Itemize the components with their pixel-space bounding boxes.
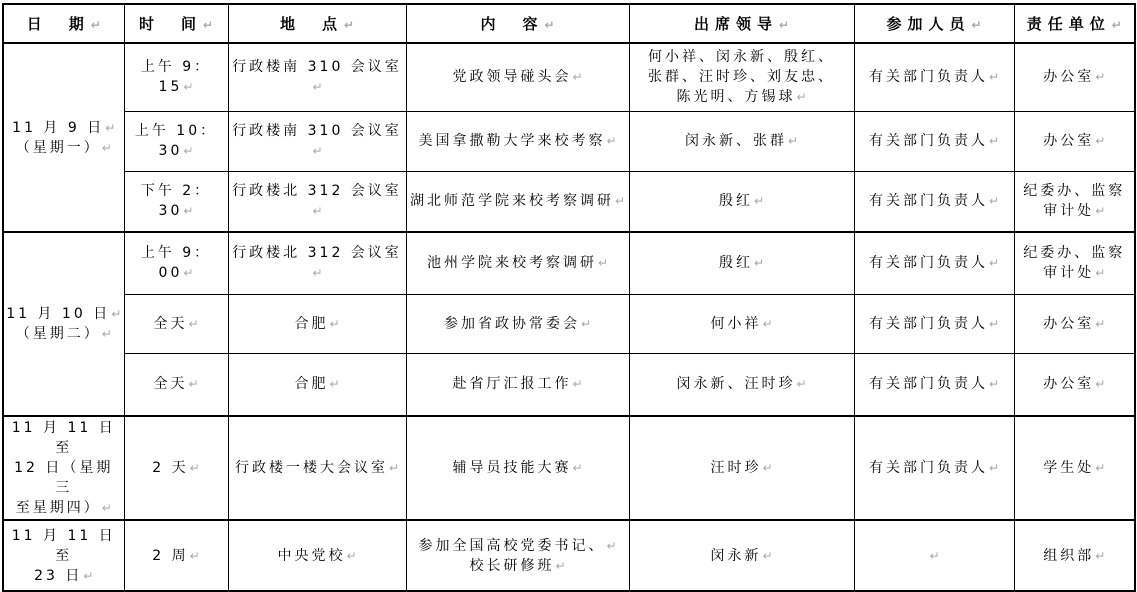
paragraph-mark-icon: ↵ xyxy=(203,18,213,32)
cell-participants: 有关部门负责人↵ xyxy=(854,232,1014,294)
paragraph-mark-icon: ↵ xyxy=(572,461,582,475)
table-row: 11 月 11 日至 12 日（星期三 至星期四）↵ 2 天↵ 行政楼一楼大会议… xyxy=(3,416,1135,520)
cell-unit: 学生处↵ xyxy=(1014,416,1135,520)
paragraph-mark-icon: ↵ xyxy=(989,256,999,270)
paragraph-mark-icon: ↵ xyxy=(83,569,93,583)
paragraph-mark-icon: ↵ xyxy=(1095,549,1105,563)
cell-content: 赴省厅汇报工作↵ xyxy=(406,353,629,416)
paragraph-mark-icon: ↵ xyxy=(389,461,399,475)
cell-leaders: 闵永新、张群↵ xyxy=(629,111,854,171)
col-header-place-label: 地 点 xyxy=(280,15,343,33)
paragraph-mark-icon: ↵ xyxy=(606,539,616,553)
paragraph-mark-icon: ↵ xyxy=(344,18,354,32)
cell-content: 参加省政协常委会↵ xyxy=(406,294,629,353)
cell-time: 全天↵ xyxy=(124,294,228,353)
cell-time: 上午 9：00↵ xyxy=(124,232,228,294)
date-line: 23 日 xyxy=(34,568,82,584)
cell-unit: 办公室↵ xyxy=(1014,43,1135,111)
col-header-leaders-label: 出席领导 xyxy=(694,15,778,33)
paragraph-mark-icon: ↵ xyxy=(754,256,764,270)
paragraph-mark-icon: ↵ xyxy=(598,256,608,270)
cell-participants: 有关部门负责人↵ xyxy=(854,416,1014,520)
paragraph-mark-icon: ↵ xyxy=(190,549,200,563)
cell-time: 下午 2：30↵ xyxy=(124,171,228,232)
paragraph-mark-icon: ↵ xyxy=(754,194,764,208)
paragraph-mark-icon: ↵ xyxy=(102,141,112,155)
paragraph-mark-icon: ↵ xyxy=(581,317,591,331)
paragraph-mark-icon: ↵ xyxy=(1095,134,1105,148)
date-line: 11 月 10 日 xyxy=(6,306,110,322)
paragraph-mark-icon: ↵ xyxy=(796,90,806,104)
cell-unit: 办公室↵ xyxy=(1014,353,1135,416)
paragraph-mark-icon: ↵ xyxy=(779,18,789,32)
paragraph-mark-icon: ↵ xyxy=(1112,18,1122,32)
cell-date-nov11-12: 11 月 11 日至 12 日（星期三 至星期四）↵ xyxy=(3,416,124,520)
paragraph-mark-icon: ↵ xyxy=(762,461,772,475)
cell-leaders: 何小祥、闵永新、殷红、 张群、汪时珍、刘友忠、 陈光明、方锡球↵ xyxy=(629,43,854,111)
col-header-date: 日 期↵ xyxy=(3,4,124,43)
cell-place: 行政楼北 312 会议室↵ xyxy=(228,171,406,232)
table-row: 全天↵ 合肥↵ 参加省政协常委会↵ 何小祥↵ 有关部门负责人↵ 办公室↵ xyxy=(3,294,1135,353)
paragraph-mark-icon: ↵ xyxy=(91,18,101,32)
schedule-table: 日 期↵ 时 间↵ 地 点↵ 内 容↵ 出席领导↵ 参加人员↵ 责任单位↵ 11… xyxy=(2,3,1136,592)
cell-time: 2 周↵ xyxy=(124,520,228,591)
paragraph-mark-icon: ↵ xyxy=(1095,377,1105,391)
cell-date-nov9: 11 月 9 日↵ （星期一）↵ xyxy=(3,43,124,232)
cell-unit: 纪委办、监察 审计处↵ xyxy=(1014,232,1135,294)
cell-time: 上午 10：30↵ xyxy=(124,111,228,171)
paragraph-mark-icon: ↵ xyxy=(929,549,939,563)
cell-time: 2 天↵ xyxy=(124,416,228,520)
paragraph-mark-icon: ↵ xyxy=(329,377,339,391)
cell-leaders: 汪时珍↵ xyxy=(629,416,854,520)
paragraph-mark-icon: ↵ xyxy=(544,18,554,32)
paragraph-mark-icon: ↵ xyxy=(796,377,806,391)
paragraph-mark-icon: ↵ xyxy=(102,501,112,515)
paragraph-mark-icon: ↵ xyxy=(615,194,625,208)
paragraph-mark-icon: ↵ xyxy=(1095,70,1105,84)
cell-unit: 办公室↵ xyxy=(1014,294,1135,353)
cell-participants: 有关部门负责人↵ xyxy=(854,171,1014,232)
paragraph-mark-icon: ↵ xyxy=(989,461,999,475)
paragraph-mark-icon: ↵ xyxy=(312,144,322,158)
paragraph-mark-icon: ↵ xyxy=(183,144,193,158)
paragraph-mark-icon: ↵ xyxy=(312,204,322,218)
cell-place: 行政楼北 312 会议室↵ xyxy=(228,232,406,294)
cell-content: 党政领导碰头会↵ xyxy=(406,43,629,111)
table-row: 11 月 11 日至 23 日↵ 2 周↵ 中央党校↵ 参加全国高校党委书记、↵… xyxy=(3,520,1135,591)
col-header-time-label: 时 间 xyxy=(139,15,202,33)
cell-place: 合肥↵ xyxy=(228,353,406,416)
col-header-leaders: 出席领导↵ xyxy=(629,4,854,43)
cell-unit: 组织部↵ xyxy=(1014,520,1135,591)
cell-content: 参加全国高校党委书记、↵ 校长研修班↵ xyxy=(406,520,629,591)
paragraph-mark-icon: ↵ xyxy=(1095,266,1105,280)
cell-unit: 纪委办、监察 审计处↵ xyxy=(1014,171,1135,232)
table-row: 11 月 9 日↵ （星期一）↵ 上午 9：15↵ 行政楼南 310 会议室↵ … xyxy=(3,43,1135,111)
paragraph-mark-icon: ↵ xyxy=(606,134,616,148)
paragraph-mark-icon: ↵ xyxy=(188,317,198,331)
paragraph-mark-icon: ↵ xyxy=(555,559,565,573)
cell-content: 湖北师范学院来校考察调研↵ xyxy=(406,171,629,232)
cell-date-nov10: 11 月 10 日↵ （星期二）↵ xyxy=(3,232,124,416)
paragraph-mark-icon: ↵ xyxy=(1095,461,1105,475)
date-line: 11 月 9 日 xyxy=(12,120,104,136)
cell-content: 辅导员技能大赛↵ xyxy=(406,416,629,520)
date-line: 11 月 11 日至 xyxy=(12,420,116,456)
paragraph-mark-icon: ↵ xyxy=(1095,204,1105,218)
table-row: 下午 2：30↵ 行政楼北 312 会议室↵ 湖北师范学院来校考察调研↵ 殷红↵… xyxy=(3,171,1135,232)
paragraph-mark-icon: ↵ xyxy=(346,549,356,563)
paragraph-mark-icon: ↵ xyxy=(971,18,981,32)
paragraph-mark-icon: ↵ xyxy=(572,377,582,391)
cell-time: 全天↵ xyxy=(124,353,228,416)
paragraph-mark-icon: ↵ xyxy=(989,317,999,331)
paragraph-mark-icon: ↵ xyxy=(989,377,999,391)
col-header-content: 内 容↵ xyxy=(406,4,629,43)
col-header-content-label: 内 容 xyxy=(480,15,543,33)
cell-participants: 有关部门负责人↵ xyxy=(854,111,1014,171)
cell-content: 美国拿撒勒大学来校考察↵ xyxy=(406,111,629,171)
cell-participants: 有关部门负责人↵ xyxy=(854,294,1014,353)
table-row: 上午 10：30↵ 行政楼南 310 会议室↵ 美国拿撒勒大学来校考察↵ 闵永新… xyxy=(3,111,1135,171)
date-line: 至星期四） xyxy=(16,500,101,516)
paragraph-mark-icon: ↵ xyxy=(329,317,339,331)
cell-place: 合肥↵ xyxy=(228,294,406,353)
date-line: 11 月 11 日至 xyxy=(12,528,116,564)
cell-place: 行政楼南 310 会议室↵ xyxy=(228,43,406,111)
col-header-unit-label: 责任单位 xyxy=(1027,15,1111,33)
cell-leaders: 闵永新、汪时珍↵ xyxy=(629,353,854,416)
cell-date-nov11-23: 11 月 11 日至 23 日↵ xyxy=(3,520,124,591)
paragraph-mark-icon: ↵ xyxy=(1095,317,1105,331)
col-header-unit: 责任单位↵ xyxy=(1014,4,1135,43)
date-line: （星期一） xyxy=(16,140,101,156)
cell-place: 行政楼南 310 会议室↵ xyxy=(228,111,406,171)
paragraph-mark-icon: ↵ xyxy=(105,121,115,135)
date-line: 12 日（星期三 xyxy=(14,460,113,496)
paragraph-mark-icon: ↵ xyxy=(572,70,582,84)
cell-participants: 有关部门负责人↵ xyxy=(854,353,1014,416)
paragraph-mark-icon: ↵ xyxy=(183,80,193,94)
cell-leaders: 闵永新↵ xyxy=(629,520,854,591)
document-page: 日 期↵ 时 间↵ 地 点↵ 内 容↵ 出席领导↵ 参加人员↵ 责任单位↵ 11… xyxy=(0,0,1137,566)
header-row: 日 期↵ 时 间↵ 地 点↵ 内 容↵ 出席领导↵ 参加人员↵ 责任单位↵ xyxy=(3,4,1135,43)
paragraph-mark-icon: ↵ xyxy=(762,549,772,563)
col-header-place: 地 点↵ xyxy=(228,4,406,43)
cell-unit: 办公室↵ xyxy=(1014,111,1135,171)
paragraph-mark-icon: ↵ xyxy=(190,461,200,475)
paragraph-mark-icon: ↵ xyxy=(762,317,772,331)
date-line: （星期二） xyxy=(16,326,101,342)
paragraph-mark-icon: ↵ xyxy=(312,80,322,94)
paragraph-mark-icon: ↵ xyxy=(183,266,193,280)
paragraph-mark-icon: ↵ xyxy=(102,327,112,341)
cell-participants: 有关部门负责人↵ xyxy=(854,43,1014,111)
paragraph-mark-icon: ↵ xyxy=(989,194,999,208)
cell-content: 池州学院来校考察调研↵ xyxy=(406,232,629,294)
paragraph-mark-icon: ↵ xyxy=(788,134,798,148)
paragraph-mark-icon: ↵ xyxy=(188,377,198,391)
paragraph-mark-icon: ↵ xyxy=(111,307,121,321)
cell-place: 行政楼一楼大会议室↵ xyxy=(228,416,406,520)
table-row: 11 月 10 日↵ （星期二）↵ 上午 9：00↵ 行政楼北 312 会议室↵… xyxy=(3,232,1135,294)
cell-participants-empty: ↵ xyxy=(854,520,1014,591)
cell-leaders: 殷红↵ xyxy=(629,232,854,294)
cell-leaders: 殷红↵ xyxy=(629,171,854,232)
cell-leaders: 何小祥↵ xyxy=(629,294,854,353)
table-row: 全天↵ 合肥↵ 赴省厅汇报工作↵ 闵永新、汪时珍↵ 有关部门负责人↵ 办公室↵ xyxy=(3,353,1135,416)
col-header-participants: 参加人员↵ xyxy=(854,4,1014,43)
col-header-date-label: 日 期 xyxy=(27,15,90,33)
paragraph-mark-icon: ↵ xyxy=(183,204,193,218)
paragraph-mark-icon: ↵ xyxy=(312,266,322,280)
col-header-time: 时 间↵ xyxy=(124,4,228,43)
paragraph-mark-icon: ↵ xyxy=(989,70,999,84)
cell-time: 上午 9：15↵ xyxy=(124,43,228,111)
paragraph-mark-icon: ↵ xyxy=(989,134,999,148)
col-header-participants-label: 参加人员 xyxy=(886,15,970,33)
cell-place: 中央党校↵ xyxy=(228,520,406,591)
